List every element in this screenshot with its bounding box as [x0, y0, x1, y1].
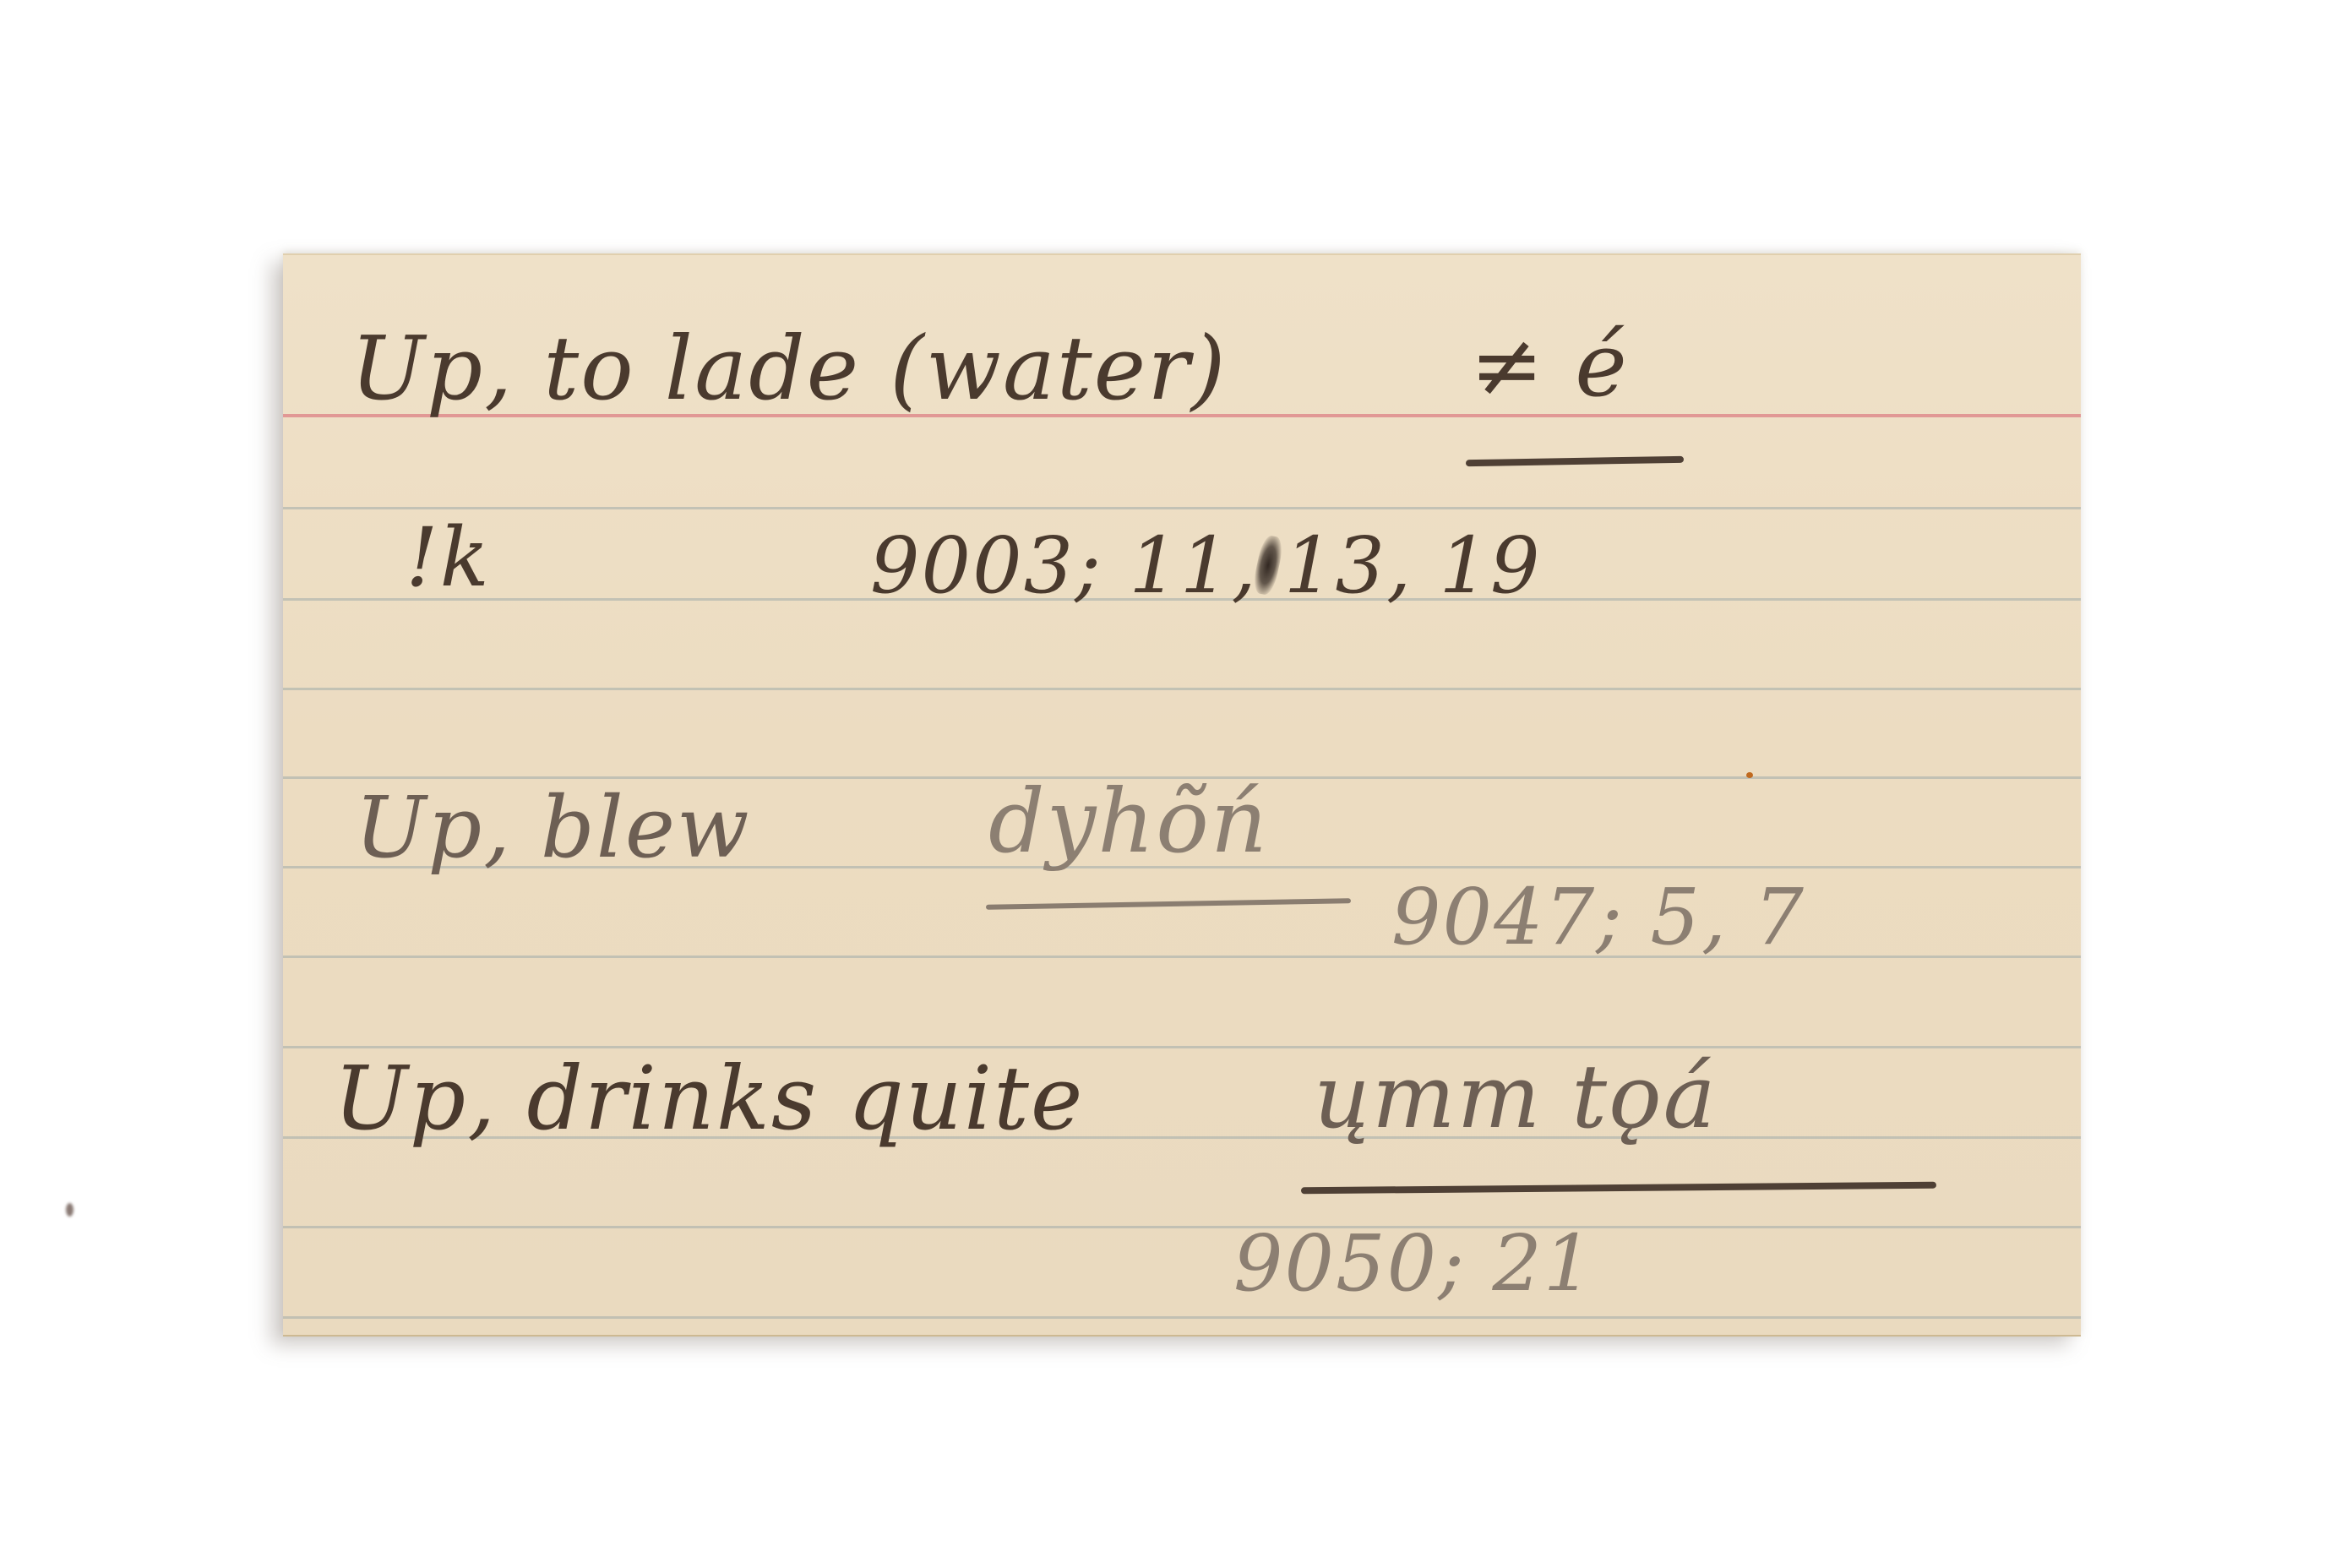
entry-4-gloss: ųmm tǫá: [1314, 1053, 1718, 1141]
entry-3-gloss-underline: [986, 898, 1351, 910]
entry-1-gloss: ≠ é: [1470, 321, 1629, 409]
entry-4-reference: 9050; 21: [1233, 1225, 1594, 1303]
entry-4-gloss-underline: [1301, 1182, 1936, 1195]
ruled-line: [283, 1316, 2081, 1319]
entry-2-reference: 9003; 11, 13, 19: [870, 527, 1542, 605]
ruled-line: [283, 507, 2081, 509]
entry-3-reference: 9047; 5, 7: [1391, 879, 1805, 956]
ruled-line: [283, 1226, 2081, 1228]
entry-3-gloss: dyhõń: [988, 777, 1269, 865]
index-card: Up, to lade (water) ≠ é !k 9003; 11, 13,…: [283, 253, 2081, 1337]
entry-1-gloss-underline: [1466, 456, 1684, 467]
ruled-line: [283, 955, 2081, 958]
entry-2-headword: !k: [406, 517, 491, 598]
entry-4-headword: Up, drinks quite: [334, 1054, 1084, 1142]
dust-speck: [66, 1203, 73, 1217]
ruled-line: [283, 688, 2081, 690]
entry-3-headword: Up, blew: [355, 786, 751, 870]
entry-1-headword: Up, to lade (water): [351, 324, 1227, 412]
paper-fleck: [1746, 772, 1753, 778]
